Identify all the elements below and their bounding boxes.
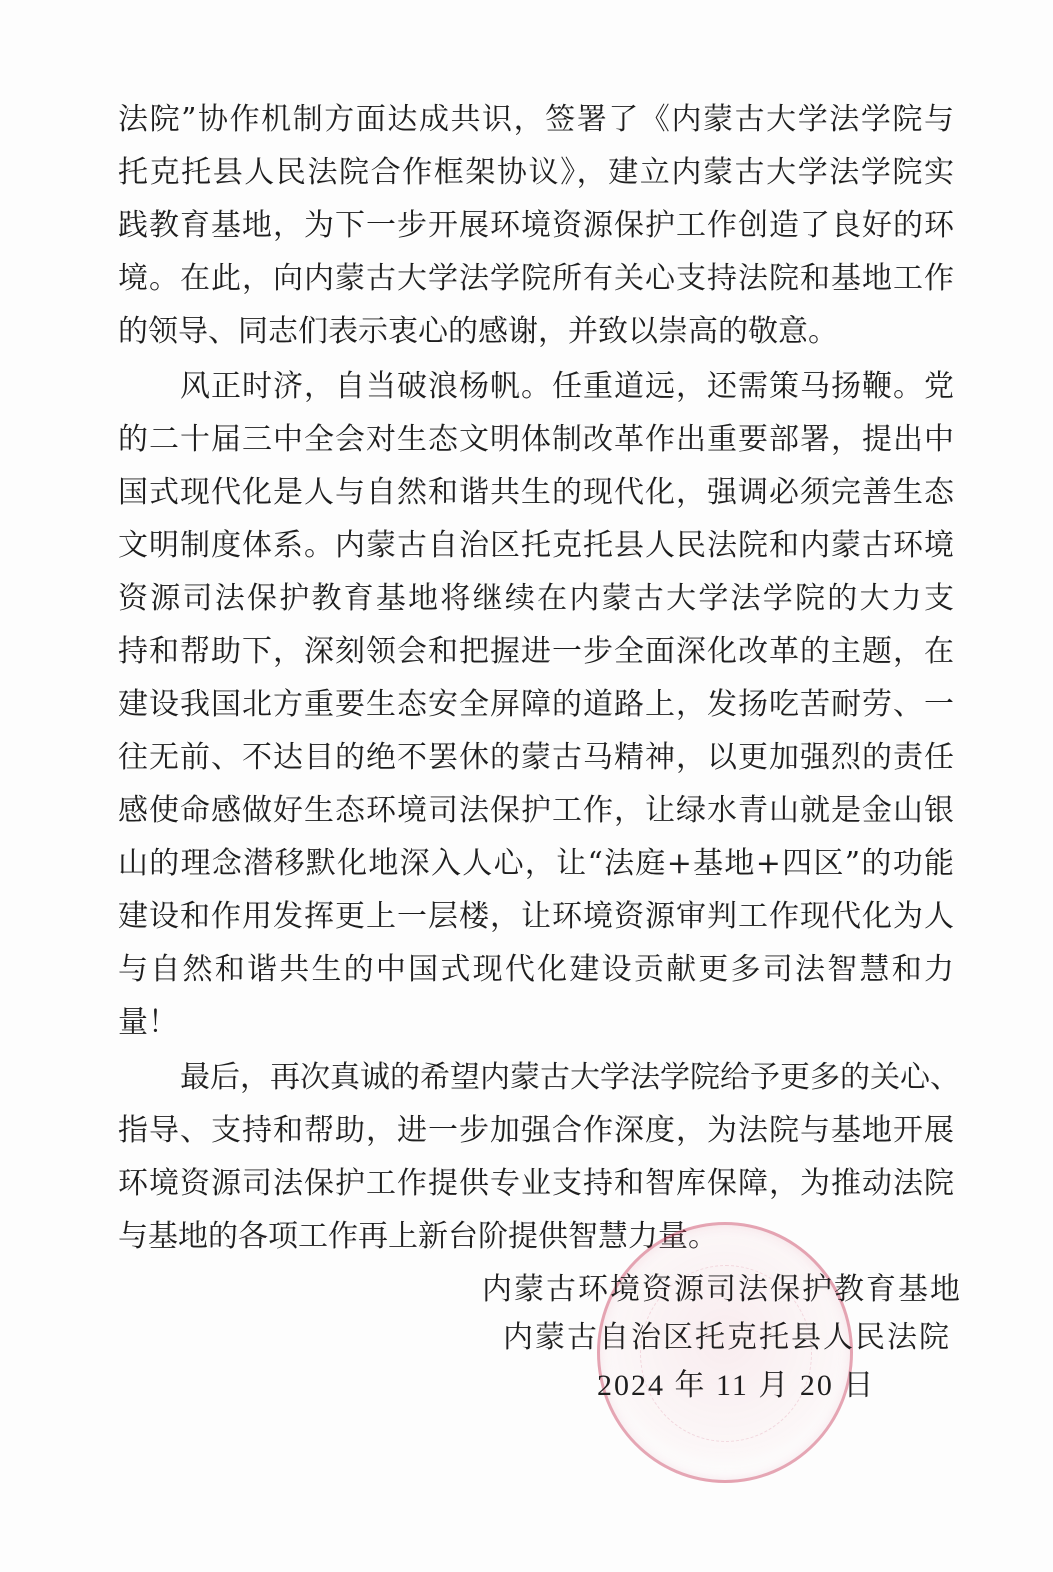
signature-org-2: 内蒙古自治区托克托县人民法院 (503, 1318, 951, 1358)
paragraph-3-line: 最后，再次真诚的希望内蒙古大学法学院给予更多的关心、 (180, 1058, 954, 1098)
paragraph-2-line: 文明制度体系。内蒙古自治区托克托县人民法院和内蒙古环境 (118, 526, 954, 566)
paragraph-2-line: 建设和作用发挥更上一层楼，让环境资源审判工作现代化为人 (118, 897, 954, 937)
paragraph-2-line: 山的理念潜移默化地深入人心，让“法庭+基地+四区”的功能 (118, 844, 954, 884)
paragraph-2-line: 持和帮助下，深刻领会和把握进一步全面深化改革的主题，在 (118, 632, 954, 672)
paragraph-2-line: 资源司法保护教育基地将继续在内蒙古大学法学院的大力支 (118, 579, 954, 619)
paragraph-1-line: 践教育基地，为下一步开展环境资源保护工作创造了良好的环 (118, 206, 954, 246)
paragraph-3-line: 环境资源司法保护工作提供专业支持和智库保障，为推动法院 (118, 1164, 954, 1204)
paragraph-2-line: 国式现代化是人与自然和谐共生的现代化，强调必须完善生态 (118, 473, 954, 513)
paragraph-1-line: 托克托县人民法院合作框架协议》，建立内蒙古大学法学院实 (118, 153, 954, 193)
document-page: 法院”协作机制方面达成共识，签署了《内蒙古大学法学院与 托克托县人民法院合作框架… (0, 0, 1053, 1572)
paragraph-2-line: 感使命感做好生态环境司法保护工作，让绿水青山就是金山银 (118, 791, 954, 831)
paragraph-3-line: 与基地的各项工作再上新台阶提供智慧力量。 (118, 1217, 954, 1257)
signature-date: 2024 年 11 月 20 日 (597, 1366, 875, 1406)
paragraph-2-line: 风正时济，自当破浪杨帆。任重道远，还需策马扬鞭。党 (180, 367, 954, 407)
paragraph-1-line: 境。在此，向内蒙古大学法学院所有关心支持法院和基地工作 (118, 259, 954, 299)
paragraph-2-line: 与自然和谐共生的中国式现代化建设贡献更多司法智慧和力 (118, 950, 954, 990)
paragraph-2-line: 往无前、不达目的绝不罢休的蒙古马精神，以更加强烈的责任 (118, 738, 954, 778)
paragraph-2-line: 建设我国北方重要生态安全屏障的道路上，发扬吃苦耐劳、一 (118, 685, 954, 725)
paragraph-1-line: 法院”协作机制方面达成共识，签署了《内蒙古大学法学院与 (118, 100, 954, 140)
paragraph-3-line: 指导、支持和帮助，进一步加强合作深度，为法院与基地开展 (118, 1111, 954, 1151)
paragraph-1-line: 的领导、同志们表示衷心的感谢，并致以崇高的敬意。 (118, 312, 954, 352)
signature-org-1: 内蒙古环境资源司法保护教育基地 (482, 1270, 962, 1310)
paragraph-2-line: 量！ (118, 1003, 954, 1043)
paragraph-2-line: 的二十届三中全会对生态文明体制改革作出重要部署，提出中 (118, 420, 954, 460)
